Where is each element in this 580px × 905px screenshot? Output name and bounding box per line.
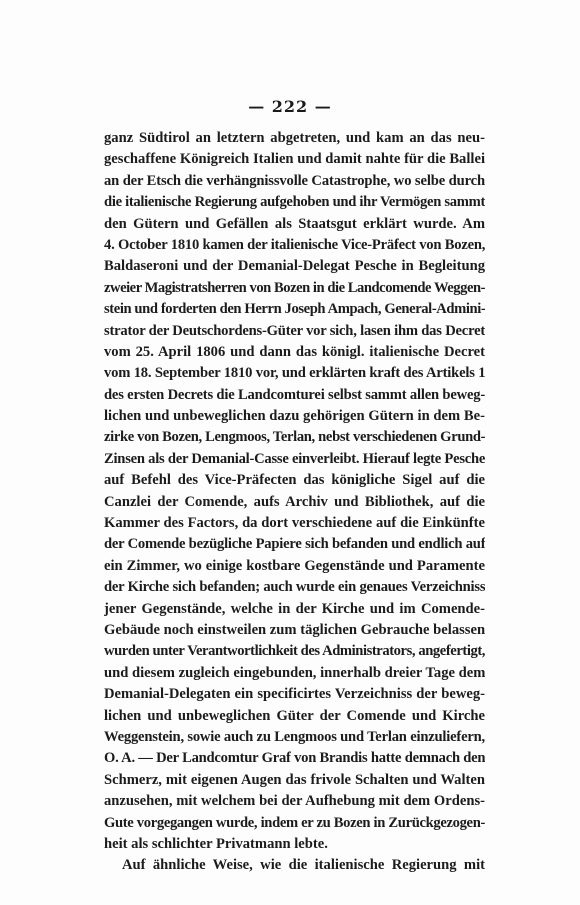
text-line: jener Gegenstände, welche in der Kirche … [104,599,485,620]
text-line: stein und forderten den Herrn Joseph Amp… [104,299,485,320]
text-line: Baldaseroni und der Demanial-Delegat Pes… [104,256,485,277]
text-line: ganz Südtirol an letztern abgetreten, un… [104,128,485,149]
text-line: lichen und unbeweglichen Güter der Comen… [104,706,485,727]
text-line: Gebäude noch einstweilen zum täglichen G… [104,620,485,641]
text-line: Schmerz, mit eigenen Augen das frivole S… [104,770,485,791]
text-line: 4. October 1810 kamen der italienische V… [104,235,485,256]
text-line: ein Zimmer, wo einige kostbare Gegenstän… [104,556,485,577]
text-line: lichen und unbeweglichen dazu gehörigen … [104,406,485,427]
body-text: ganz Südtirol an letztern abgetreten, un… [104,128,485,877]
text-line: auf Befehl des Vice-Präfecten das königl… [104,470,485,491]
text-line: der Kirche sich befanden; auch wurde ein… [104,577,485,598]
text-line: zweier Magistratsherren von Bozen in die… [104,278,485,299]
page-number: — 222 — [0,97,580,116]
text-line: wurden unter Verantwortlichkeit des Admi… [104,641,485,662]
paragraph-end-line: heit als schlichter Privatmann lebte. [104,834,485,855]
text-line: die italienische Regierung aufgehoben un… [104,192,485,213]
text-line: des ersten Decrets die Landcomturei selb… [104,385,485,406]
text-line: zirke von Bozen, Lengmoos, Terlan, nebst… [104,427,485,448]
text-line: anzusehen, mit welchem bei der Aufhebung… [104,791,485,812]
text-line: geschaffene Königreich Italien und damit… [104,149,485,170]
text-line: der Comende bezügliche Papiere sich befa… [104,534,485,555]
text-line: Demanial-Delegaten ein specificirtes Ver… [104,684,485,705]
text-line: Kammer des Factors, da dort verschiedene… [104,513,485,534]
text-line: Zinsen als der Demanial-Casse einverleib… [104,449,485,470]
text-line: Canzlei der Comende, aufs Archiv und Bib… [104,492,485,513]
text-line: den Gütern und Gefällen als Staatsgut er… [104,214,485,235]
text-line: vom 25. April 1806 und dann das königl. … [104,342,485,363]
paragraph-start-line: Auf ähnliche Weise, wie die italienische… [104,855,485,876]
text-line: O. A. — Der Landcomtur Graf von Brandis … [104,748,485,769]
text-line: Gute vorgegangen wurde, indem er zu Boze… [104,813,485,834]
book-page: — 222 — ganz Südtirol an letztern abgetr… [0,0,580,905]
text-line: und diesem zugleich eingebunden, innerha… [104,663,485,684]
text-line: Weggenstein, sowie auch zu Lengmoos und … [104,727,485,748]
text-line: an der Etsch die verhängnissvolle Catast… [104,171,485,192]
text-line: strator der Deutschordens-Güter vor sich… [104,321,485,342]
text-line: vom 18. September 1810 vor, und erklärte… [104,363,485,384]
